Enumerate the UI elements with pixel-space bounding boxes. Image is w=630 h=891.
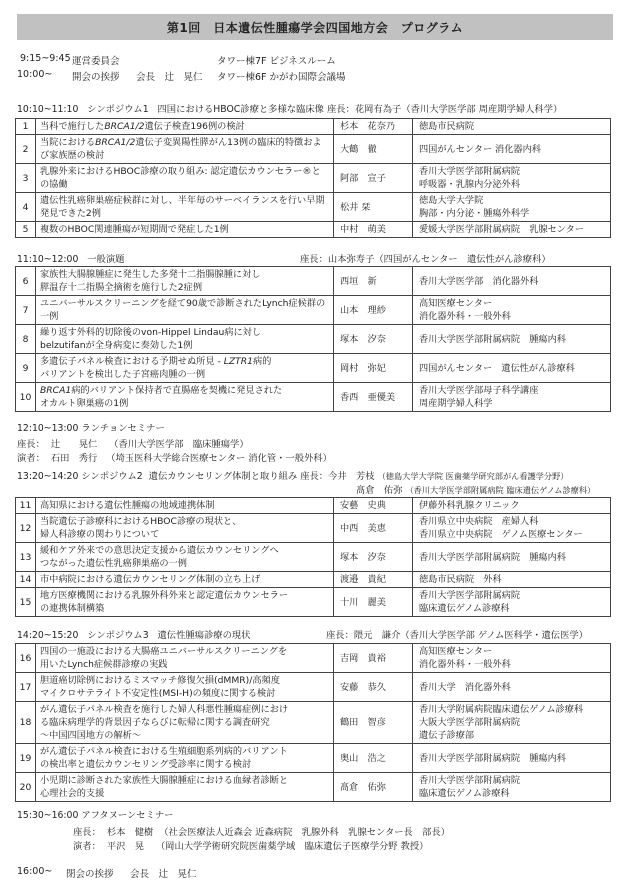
talk-title-text: 多遺伝子パネル検査における予期せぬ所見 - bbox=[40, 356, 224, 367]
talk-title-text: 当院遺伝子診療科におけるHBOC診療の現状と、 婦人科診療の関わりについて bbox=[40, 516, 241, 540]
chair-affiliation: （社会医療法人近森会 近森病院 乳腺外科 乳腺センター長 部長） bbox=[159, 827, 450, 838]
talk-number: 3 bbox=[16, 164, 36, 193]
talk-title: 複数のHBOC関連腫瘍が短期間で発症した1例 bbox=[36, 222, 334, 238]
presenter-affiliation: 香川大学医学部附属病院 腫瘍内科 bbox=[413, 543, 611, 572]
talk-title: 地方医療機関における乳腺外科外来と認定遺伝カウンセラー の連携体制構築 bbox=[36, 588, 334, 617]
presenter-affiliation: 四国がんセンター 遺伝性がん診療科 bbox=[413, 354, 611, 383]
session-label: 一般演題 bbox=[87, 254, 124, 265]
session-label: シンポジウム1 bbox=[87, 104, 148, 115]
table-row: 4遺伝性乳癌卵巣癌症候群に対し、半年毎のサーベイランスを行い早期発見できた2例松… bbox=[16, 193, 611, 222]
speaker-affiliation: （岡山大学学術研究院医歯薬学域 臨床遺伝子医療学分野 教授） bbox=[156, 841, 429, 852]
talk-title: 当科で施行したBRCA1/2遺伝子検査196例の検討 bbox=[36, 119, 334, 135]
afternoon-header: 15:30~16:00 アフタヌーンセミナー bbox=[17, 807, 173, 821]
talk-title-text: 当科で施行した bbox=[40, 121, 104, 132]
table-row: 16四国の一施設における大腸癌ユニバーサルスクリーニングを 用いたLynch症候… bbox=[16, 644, 611, 673]
table-row: 10BRCA1病的バリアント保持者で直腸癌を契機に発見された オカルト卵巣癌の1… bbox=[16, 383, 611, 412]
presenter-name: 阿部 宣子 bbox=[334, 164, 413, 193]
schedule-person: 会長 辻 晃仁 bbox=[136, 69, 203, 83]
chair-name: 髙倉 佑弥 bbox=[356, 485, 403, 496]
presenter-name: 山本 理紗 bbox=[334, 296, 413, 325]
chair-name: 辻 晃仁 bbox=[51, 439, 98, 450]
talk-number: 9 bbox=[16, 354, 36, 383]
table-row: 9多遺伝子パネル検査における予期せぬ所見 - LZTR1病的 バリアントを検出し… bbox=[16, 354, 611, 383]
speaker-name: 石田 秀行 bbox=[51, 453, 98, 464]
table-row: 20小児期に診断された家族性大腸腺腫症における血縁者診断と 心理社会的支援髙倉 … bbox=[16, 773, 611, 802]
presenter-affiliation: 徳島大学大学院 胸部・内分泌・腫瘍外科学 bbox=[413, 193, 611, 222]
presenter-name: 松井 栞 bbox=[334, 193, 413, 222]
talk-title-text: 市中病院における遺伝カウンセリング体制の立ち上げ bbox=[40, 574, 260, 585]
presenter-name: 大鶴 徹 bbox=[334, 135, 413, 164]
table-row: 18がん遺伝子パネル検査を施行した婦人科悪性腫瘍症例におけ る臨床病理学的背景因… bbox=[16, 702, 611, 744]
talk-title: がん遺伝子パネル検査における生殖細胞系列病的バリアント の検出率と遺伝カウンセリ… bbox=[36, 744, 334, 773]
presenter-affiliation: 高知医療センター 消化器外科・一般外科 bbox=[413, 644, 611, 673]
talk-title: 多遺伝子パネル検査における予期せぬ所見 - LZTR1病的 バリアントを検出した… bbox=[36, 354, 334, 383]
presenter-affiliation: 香川大学医学部附属病院 腫瘍内科 bbox=[413, 744, 611, 773]
presenter-name: 塚本 汐奈 bbox=[334, 325, 413, 354]
talk-number: 17 bbox=[16, 673, 36, 702]
session-label: ランチョンセミナー bbox=[81, 423, 164, 434]
gene-name: BRCA1 bbox=[40, 385, 71, 396]
talk-title-text: がん遺伝子パネル検査における生殖細胞系列病的バリアント の検出率と遺伝カウンセリ… bbox=[40, 746, 288, 770]
talk-title: 遺伝性乳癌卵巣癌症候群に対し、半年毎のサーベイランスを行い早期発見できた2例 bbox=[36, 193, 334, 222]
session-label: シンポジウム2 bbox=[81, 471, 142, 482]
session-time: 15:30~16:00 bbox=[17, 810, 78, 821]
talk-title: 高知県における遺伝性腫瘍の地域連携体制 bbox=[36, 498, 334, 514]
talk-title-text: 家族性大腸腺腫症に発生した多発十二指腸腺腫に対し 膵温存十二指腸全摘術を施行した… bbox=[40, 269, 261, 293]
talk-title: 胆道癌切除例におけるミスマッチ修復欠損(dMMR)/高頻度 マイクロサテライト不… bbox=[36, 673, 334, 702]
chair-affiliation: （香川大学医学部附属病院 臨床遺伝ゲノム診療科） bbox=[405, 485, 595, 495]
session-theme: 四国におけるHBOC診療と多様な臨床像 bbox=[158, 104, 324, 115]
closing-person: 会長 辻 晃仁 bbox=[130, 866, 197, 880]
talk-title: ユニバーサルスクリーニングを経て90歳で診断されたLynch症候群の一例 bbox=[36, 296, 334, 325]
gene-name: BRCA1/2 bbox=[95, 137, 135, 148]
presenter-name: 鶴田 智彦 bbox=[334, 702, 413, 744]
session-label: アフタヌーンセミナー bbox=[81, 810, 173, 821]
chair-affiliation: （徳島大学大学院 医歯薬学研究部がん看護学分野） bbox=[378, 471, 569, 481]
presenter-affiliation: 香川県立中央病院 産婦人科 香川県立中央病院 ゲノム医療センター bbox=[413, 514, 611, 543]
table-row: 8繰り返す外科的切除後のvon-Hippel Lindau病に対し belzut… bbox=[16, 325, 611, 354]
gene-name: LZTR1 bbox=[224, 356, 253, 367]
talk-number: 7 bbox=[16, 296, 36, 325]
presenter-affiliation: 高知医療センター 消化器外科・一般外科 bbox=[413, 296, 611, 325]
presenter-name: 吉岡 貴裕 bbox=[334, 644, 413, 673]
table-row: 7ユニバーサルスクリーニングを経て90歳で診断されたLynch症候群の一例山本 … bbox=[16, 296, 611, 325]
schedule-time: 9:15~9:45 bbox=[20, 53, 71, 64]
afternoon-chair: 座長： 杉本 健樹 （社会医療法人近森会 近森病院 乳腺外科 乳腺センター長 部… bbox=[73, 824, 450, 838]
talk-title: 緩和ケア外来での意思決定支援から遺伝カウンセリングへ つながった遺伝性乳癌卵巣癌… bbox=[36, 543, 334, 572]
schedule-venue: タワー棟7F ビジネスルーム bbox=[217, 53, 336, 67]
chair-label: 座長： bbox=[17, 439, 45, 450]
presenter-name: 塚本 汐奈 bbox=[334, 543, 413, 572]
presenter-name: 十川 麗美 bbox=[334, 588, 413, 617]
page-title: 第1回 日本遺伝性腫瘍学会四国地方会 プログラム bbox=[17, 14, 613, 40]
talk-number: 5 bbox=[16, 222, 36, 238]
symposium1-header: 10:10~11:10 シンポジウム1 四国におけるHBOC診療と多様な臨床像 … bbox=[17, 101, 562, 115]
table-row: 11高知県における遺伝性腫瘍の地域連携体制安藝 史典伊藤外科乳腺クリニック bbox=[16, 498, 611, 514]
table-row: 6家族性大腸腺腫症に発生した多発十二指腸腺腫に対し 膵温存十二指腸全摘術を施行し… bbox=[16, 267, 611, 296]
talk-number: 15 bbox=[16, 588, 36, 617]
luncheon-speaker: 演者： 石田 秀行 （埼玉医科大学総合医療センター 消化管・一般外科） bbox=[17, 450, 332, 464]
talk-title: 当院におけるBRCA1/2遺伝子変異陽性膵がん13例の臨床的特徴および家族歴の検… bbox=[36, 135, 334, 164]
table-row: 14市中病院における遺伝カウンセリング体制の立ち上げ渡邉 貴紀徳島市民病院 外科 bbox=[16, 572, 611, 588]
schedule-time: 10:00~ bbox=[17, 69, 52, 80]
talk-title: BRCA1病的バリアント保持者で直腸癌を契機に発見された オカルト卵巣癌の1例 bbox=[36, 383, 334, 412]
schedule-venue: タワー棟6F かがわ国際会議場 bbox=[217, 69, 346, 83]
luncheon-header: 12:10~13:00 ランチョンセミナー bbox=[17, 420, 165, 434]
talk-number: 18 bbox=[16, 702, 36, 744]
table-row: 1当科で施行したBRCA1/2遺伝子検査196例の検討杉本 花奈乃徳島市民病院 bbox=[16, 119, 611, 135]
session-theme: 遺伝カウンセリング体制と取り組み bbox=[149, 471, 298, 482]
symposium2-chair-2: 髙倉 佑弥 （香川大学医学部附属病院 臨床遺伝ゲノム診療科） bbox=[356, 482, 595, 496]
table-row: 12当院遺伝子診療科におけるHBOC診療の現状と、 婦人科診療の関わりについて中… bbox=[16, 514, 611, 543]
table-row: 19がん遺伝子パネル検査における生殖細胞系列病的バリアント の検出率と遺伝カウン… bbox=[16, 744, 611, 773]
table-row: 3乳腺外来におけるHBOC診療の取り組み: 認定遺伝カウンセラー®との協働阿部 … bbox=[16, 164, 611, 193]
presenter-affiliation: 徳島市民病院 bbox=[413, 119, 611, 135]
talk-number: 4 bbox=[16, 193, 36, 222]
talk-title-text: 繰り返す外科的切除後のvon-Hippel Lindau病に対し belzuti… bbox=[40, 327, 261, 351]
symposium2-header: 13:20~14:20 シンポジウム2 遺伝カウンセリング体制と取り組み 座長：… bbox=[17, 468, 568, 482]
presenter-name: 安藤 恭久 bbox=[334, 673, 413, 702]
talk-title-text: がん遺伝子パネル検査を施行した婦人科悪性腫瘍症例におけ る臨床病理学的背景因子な… bbox=[40, 704, 288, 741]
schedule-event: 運営委員会 bbox=[72, 53, 120, 67]
chair-name: 杉本 健樹 bbox=[107, 827, 154, 838]
talk-number: 19 bbox=[16, 744, 36, 773]
closing-event: 閉会の挨拶 bbox=[66, 866, 114, 880]
talk-number: 10 bbox=[16, 383, 36, 412]
presenter-name: 西垣 新 bbox=[334, 267, 413, 296]
session-chair: 座長：隈元 謙介（香川大学医学部 ゲノム医科学・遺伝医学） bbox=[326, 627, 588, 641]
presenter-affiliation: 香川大学医学部附属病院 臨床遺伝ゲノム診療科 bbox=[413, 588, 611, 617]
symposium2-table: 11高知県における遺伝性腫瘍の地域連携体制安藝 史典伊藤外科乳腺クリニック12当… bbox=[15, 497, 611, 617]
table-row: 15地方医療機関における乳腺外科外来と認定遺伝カウンセラー の連携体制構築十川 … bbox=[16, 588, 611, 617]
presenter-name: 安藝 史典 bbox=[334, 498, 413, 514]
presenter-affiliation: 香川大学 消化器外科 bbox=[413, 673, 611, 702]
session-theme: 遺伝性腫瘍診療の現状 bbox=[158, 630, 251, 641]
talk-title: 乳腺外来におけるHBOC診療の取り組み: 認定遺伝カウンセラー®との協働 bbox=[36, 164, 334, 193]
afternoon-speaker: 演者： 平沢 晃 （岡山大学学術研究院医歯薬学域 臨床遺伝子医療学分野 教授） bbox=[73, 838, 428, 852]
talk-title: がん遺伝子パネル検査を施行した婦人科悪性腫瘍症例におけ る臨床病理学的背景因子な… bbox=[36, 702, 334, 744]
talk-title: 市中病院における遺伝カウンセリング体制の立ち上げ bbox=[36, 572, 334, 588]
presenter-name: 杉本 花奈乃 bbox=[334, 119, 413, 135]
talk-title-text: 胆道癌切除例におけるミスマッチ修復欠損(dMMR)/高頻度 マイクロサテライト不… bbox=[40, 675, 280, 699]
talk-title-text: 小児期に診断された家族性大腸腺腫症における血縁者診断と 心理社会的支援 bbox=[40, 775, 288, 799]
talk-number: 20 bbox=[16, 773, 36, 802]
talk-title: 四国の一施設における大腸癌ユニバーサルスクリーニングを 用いたLynch症候群診… bbox=[36, 644, 334, 673]
presenter-affiliation: 香川大学医学部附属病院 腫瘍内科 bbox=[413, 325, 611, 354]
session-chair: 座長：花岡有為子（香川大学医学部 周産期学婦人科学） bbox=[327, 104, 562, 115]
presenter-affiliation: 香川大学医学部母子科学講座 周産期学婦人科学 bbox=[413, 383, 611, 412]
presenter-affiliation: 香川大学医学部附属病院 呼吸器・乳腺内分泌外科 bbox=[413, 164, 611, 193]
talk-number: 11 bbox=[16, 498, 36, 514]
session-time: 11:10~12:00 bbox=[17, 254, 78, 265]
closing-time: 16:00~ bbox=[17, 866, 52, 877]
presenter-affiliation: 香川大学医学部 消化器外科 bbox=[413, 267, 611, 296]
talk-title-text: 病的バリアント保持者で直腸癌を契機に発見された オカルト卵巣癌の1例 bbox=[40, 385, 282, 409]
talk-title-text: 乳腺外来におけるHBOC診療の取り組み: 認定遺伝カウンセラー®との協働 bbox=[40, 166, 321, 190]
chair-name: 今井 芳枝 bbox=[328, 471, 375, 482]
talk-number: 12 bbox=[16, 514, 36, 543]
session-time: 10:10~11:10 bbox=[17, 104, 78, 115]
table-row: 2当院におけるBRCA1/2遺伝子変異陽性膵がん13例の臨床的特徴および家族歴の… bbox=[16, 135, 611, 164]
talk-title-text: 複数のHBOC関連腫瘍が短期間で発症した1例 bbox=[40, 224, 229, 235]
presenter-name: 中西 美恵 bbox=[334, 514, 413, 543]
presenter-name: 髙倉 佑弥 bbox=[334, 773, 413, 802]
talk-title-text: 高知県における遺伝性腫瘍の地域連携体制 bbox=[40, 500, 215, 511]
talk-title-text: 遺伝子検査196例の検討 bbox=[145, 121, 245, 132]
session-label: シンポジウム3 bbox=[87, 630, 148, 641]
session-chair: 座長：山本弥寿子（四国がんセンター 遺伝性がん診療科） bbox=[300, 251, 551, 265]
luncheon-chair: 座長： 辻 晃仁 （香川大学医学部 臨床腫瘍学） bbox=[17, 436, 249, 450]
talk-title: 当院遺伝子診療科におけるHBOC診療の現状と、 婦人科診療の関わりについて bbox=[36, 514, 334, 543]
presenter-affiliation: 徳島市民病院 外科 bbox=[413, 572, 611, 588]
presenter-name: 岡村 弥妃 bbox=[334, 354, 413, 383]
speaker-label: 演者： bbox=[17, 453, 45, 464]
talk-number: 2 bbox=[16, 135, 36, 164]
session-time: 13:20~14:20 bbox=[17, 471, 78, 482]
table-row: 5複数のHBOC関連腫瘍が短期間で発症した1例中村 萌美愛媛大学医学部附属病院 … bbox=[16, 222, 611, 238]
speaker-affiliation: （埼玉医科大学総合医療センター 消化管・一般外科） bbox=[106, 453, 332, 464]
talk-title-text: ユニバーサルスクリーニングを経て90歳で診断されたLynch症候群の一例 bbox=[40, 298, 325, 322]
talk-title: 小児期に診断された家族性大腸腺腫症における血縁者診断と 心理社会的支援 bbox=[36, 773, 334, 802]
presenter-affiliation: 伊藤外科乳腺クリニック bbox=[413, 498, 611, 514]
presenter-name: 中村 萌美 bbox=[334, 222, 413, 238]
talk-title-text: 当院における bbox=[40, 137, 95, 148]
symposium3-header: 14:20~15:20 シンポジウム3 遺伝性腫瘍診療の現状 bbox=[17, 627, 250, 641]
talk-title: 家族性大腸腺腫症に発生した多発十二指腸腺腫に対し 膵温存十二指腸全摘術を施行した… bbox=[36, 267, 334, 296]
talk-title-text: 遺伝性乳癌卵巣癌症候群に対し、半年毎のサーベイランスを行い早期発見できた2例 bbox=[40, 195, 325, 219]
speaker-name: 平沢 晃 bbox=[107, 841, 144, 852]
presenter-name: 渡邉 貴紀 bbox=[334, 572, 413, 588]
symposium1-table: 1当科で施行したBRCA1/2遺伝子検査196例の検討杉本 花奈乃徳島市民病院2… bbox=[15, 118, 611, 238]
talk-number: 16 bbox=[16, 644, 36, 673]
presenter-name: 奥山 浩之 bbox=[334, 744, 413, 773]
schedule-event: 開会の挨拶 bbox=[72, 69, 120, 83]
chair-label: 座長： bbox=[73, 827, 101, 838]
talk-number: 14 bbox=[16, 572, 36, 588]
talk-number: 6 bbox=[16, 267, 36, 296]
presenter-affiliation: 香川大学医学部附属病院 臨床遺伝ゲノム診療科 bbox=[413, 773, 611, 802]
talk-number: 1 bbox=[16, 119, 36, 135]
talk-title: 繰り返す外科的切除後のvon-Hippel Lindau病に対し belzuti… bbox=[36, 325, 334, 354]
talk-number: 8 bbox=[16, 325, 36, 354]
table-row: 17胆道癌切除例におけるミスマッチ修復欠損(dMMR)/高頻度 マイクロサテライ… bbox=[16, 673, 611, 702]
speaker-label: 演者： bbox=[73, 841, 101, 852]
talk-title-text: 四国の一施設における大腸癌ユニバーサルスクリーニングを 用いたLynch症候群診… bbox=[40, 646, 287, 670]
symposium3-table: 16四国の一施設における大腸癌ユニバーサルスクリーニングを 用いたLynch症候… bbox=[15, 643, 611, 802]
talk-title-text: 地方医療機関における乳腺外科外来と認定遺伝カウンセラー の連携体制構築 bbox=[40, 590, 288, 614]
talk-number: 13 bbox=[16, 543, 36, 572]
presenter-affiliation: 香川大学附属病院臨床遺伝ゲノム診療科 大阪大学医学部附属病院 遺伝子診療部 bbox=[413, 702, 611, 744]
general-table: 6家族性大腸腺腫症に発生した多発十二指腸腺腫に対し 膵温存十二指腸全摘術を施行し… bbox=[15, 266, 611, 412]
chair-affiliation: （香川大学医学部 臨床腫瘍学） bbox=[109, 439, 248, 450]
session-time: 14:20~15:20 bbox=[17, 630, 78, 641]
table-row: 13緩和ケア外来での意思決定支援から遺伝カウンセリングへ つながった遺伝性乳癌卵… bbox=[16, 543, 611, 572]
general-header: 11:10~12:00 一般演題 bbox=[17, 251, 124, 265]
presenter-name: 香西 亜優美 bbox=[334, 383, 413, 412]
gene-name: BRCA1/2 bbox=[104, 121, 144, 132]
presenter-affiliation: 愛媛大学医学部附属病院 乳腺センター bbox=[413, 222, 611, 238]
presenter-affiliation: 四国がんセンター 消化器内科 bbox=[413, 135, 611, 164]
session-time: 12:10~13:00 bbox=[17, 423, 78, 434]
chair-label: 座長： bbox=[300, 471, 328, 482]
talk-title-text: 緩和ケア外来での意思決定支援から遺伝カウンセリングへ つながった遺伝性乳癌卵巣癌… bbox=[40, 545, 279, 569]
